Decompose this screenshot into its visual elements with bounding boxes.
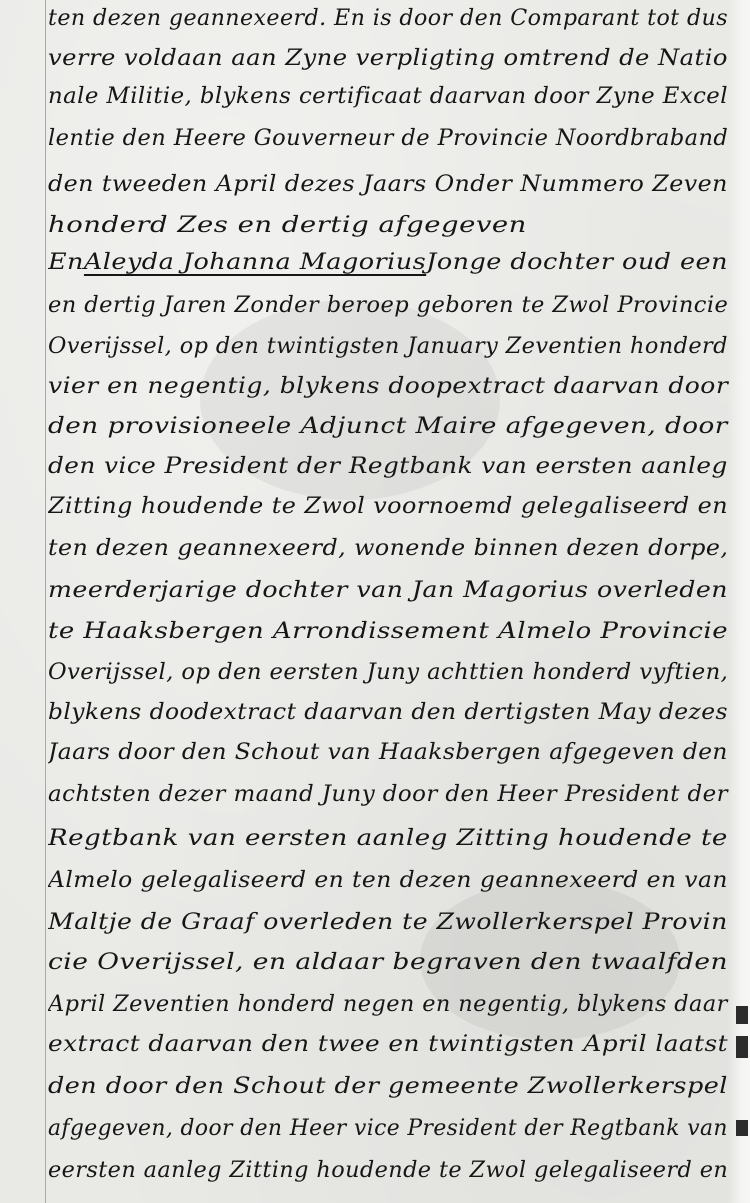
text-line: den door den Schout der gemeente Zwoller…: [48, 1074, 738, 1114]
text-line: honderd Zes en dertig afgegeven: [48, 213, 738, 253]
text-line: nale Militie, blykens certificaat daarva…: [48, 84, 738, 124]
text-line: den vice President der Regtbank van eers…: [48, 454, 738, 494]
text-line: eersten aanleg Zitting houdende te Zwol …: [48, 1158, 738, 1198]
text-line: verre voldaan aan Zyne verpligting omtre…: [48, 46, 738, 86]
text-line: Regtbank van eersten aanleg Zitting houd…: [48, 826, 738, 866]
text-line: Overijssel, op den twintigsten January Z…: [48, 334, 738, 374]
text-line: ten dezen geannexeerd. En is door den Co…: [48, 6, 738, 46]
text-line: Jaars door den Schout van Haaksbergen af…: [48, 740, 738, 780]
text-line: afgegeven, door den Heer vice President …: [48, 1116, 738, 1156]
text-line: meerderjarige dochter van Jan Magorius o…: [48, 578, 738, 618]
margin-rule: [45, 0, 46, 1203]
text-line: den provisioneele Adjunct Maire afgegeve…: [48, 414, 738, 454]
manuscript-page: ten dezen geannexeerd. En is door den Co…: [0, 0, 750, 1203]
text-line: achtsten dezer maand Juny door den Heer …: [48, 782, 738, 822]
text-line: ten dezen geannexeerd, wonende binnen de…: [48, 536, 738, 576]
text-line: lentie den Heere Gouverneur de Provincie…: [48, 126, 738, 166]
text-line: April Zeventien honderd negen en negenti…: [48, 992, 738, 1032]
text-line: cie Overijssel, en aldaar begraven den t…: [48, 950, 738, 990]
text-line: Overijssel, op den eersten Juny achttien…: [48, 660, 738, 700]
text-line: en dertig Jaren Zonder beroep geboren te…: [48, 293, 738, 333]
text-line: Zitting houdende te Zwol voornoemd geleg…: [48, 494, 738, 534]
text-line: En Aleyda Johanna Magorius Jonge dochter…: [48, 250, 738, 290]
underlined-bride-name: Aleyda Johanna Magorius: [84, 250, 426, 275]
line-prefix: En: [48, 250, 84, 275]
text-line: Maltje de Graaf overleden te Zwollerkers…: [48, 910, 738, 950]
text-line: blykens doodextract daarvan den dertigst…: [48, 700, 738, 740]
text-line: te Haaksbergen Arrondissement Almelo Pro…: [48, 619, 738, 659]
text-line: vier en negentig, blykens doopextract da…: [48, 374, 738, 414]
line-suffix: Jonge dochter oud een: [426, 250, 728, 275]
text-line: Almelo gelegaliseerd en ten dezen geanne…: [48, 868, 738, 908]
text-line: den tweeden April dezes Jaars Onder Numm…: [48, 172, 738, 212]
text-line: extract daarvan den twee en twintigsten …: [48, 1032, 738, 1072]
